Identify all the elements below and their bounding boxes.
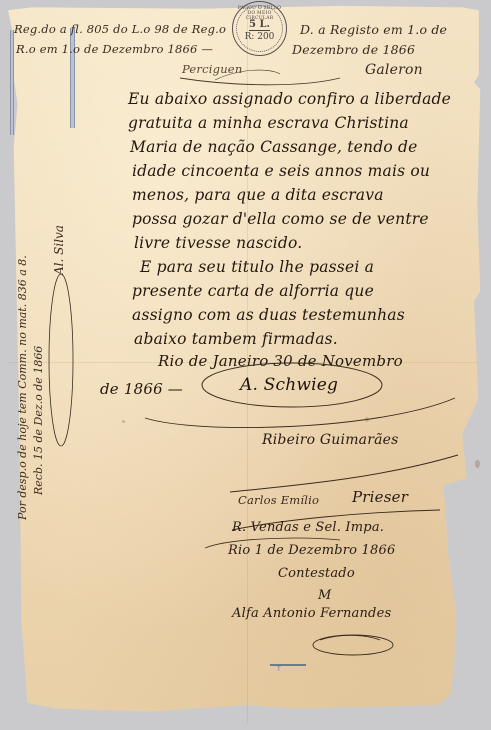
margin-note-line-1: Por desp.o de hoje tem Comm. no mat. 836… bbox=[16, 255, 29, 520]
body-line-5: menos, para que a dita escrava bbox=[132, 186, 384, 204]
body-line-2: gratuita a minha escrava Christina bbox=[128, 114, 409, 132]
registration-line-2: Dezembro de 1866 bbox=[292, 42, 415, 57]
registry-note-line-3: Contestado bbox=[278, 566, 355, 581]
registry-note-line-5: Alfa Antonio Fernandes bbox=[232, 606, 391, 621]
stain bbox=[365, 417, 369, 422]
principal-signature: A. Schwieg bbox=[240, 375, 338, 395]
registry-header-line-2: R.o em 1.o de Dezembro 1866 — bbox=[16, 42, 213, 56]
document-viewer: Reg.do a fl. 805 do L.o 98 de Reg.o R.o … bbox=[0, 0, 491, 730]
registry-note-line-1: R. Vendas e Sel. Impa. bbox=[232, 520, 384, 535]
stain bbox=[475, 460, 480, 468]
bottom-ink-mark bbox=[270, 664, 306, 666]
stain bbox=[122, 420, 125, 423]
body-line-7: livre tivesse nascido. bbox=[134, 234, 302, 252]
registry-header-signature: Perciguen bbox=[182, 62, 242, 76]
margin-note-line-2: Recb. 15 de Dez.o de 1866 bbox=[32, 346, 45, 495]
body-line-3: Maria de nação Cassange, tendo de bbox=[130, 138, 418, 156]
registration-signature: Galeron bbox=[365, 62, 423, 78]
body-line-11: abaixo tambem firmadas. bbox=[134, 330, 338, 348]
body-line-9: presente carta de alforria que bbox=[132, 282, 374, 300]
witness-2-last-name: Prieser bbox=[352, 488, 408, 506]
registry-header-line-1: Reg.do a fl. 805 do L.o 98 de Reg.o bbox=[14, 22, 226, 36]
stamp-circle-text: PAGOU O SELLO DO MEIO CIRCULAR bbox=[233, 6, 286, 21]
body-line-1: Eu abaixo assignado confiro a liberdade bbox=[128, 90, 451, 108]
body-line-10: assigno com as duas testemunhas bbox=[132, 306, 405, 324]
witness-2-first-name: Carlos Emílio bbox=[238, 493, 319, 507]
margin-note-initials: Al. Silva bbox=[52, 225, 66, 275]
registry-note-line-4: M bbox=[318, 588, 332, 603]
body-line-4: idade cincoenta e seis annos mais ou bbox=[132, 162, 430, 180]
dateline-place-date: Rio de Janeiro 30 de Novembro bbox=[158, 352, 403, 370]
dateline-year: de 1866 — bbox=[100, 380, 183, 398]
registration-line-1: D. a Registo em 1.o de bbox=[300, 22, 447, 37]
body-line-6: possa gozar d'ella como se de ventre bbox=[132, 210, 429, 228]
revenue-stamp: PAGOU O SELLO DO MEIO CIRCULAR 5 L. R: 2… bbox=[232, 1, 287, 56]
registry-note-line-2: Rio 1 de Dezembro 1866 bbox=[228, 543, 395, 558]
paper-tear-left bbox=[10, 30, 14, 135]
witness-1-signature: Ribeiro Guimarães bbox=[262, 432, 399, 448]
bottom-mark-label: T bbox=[277, 666, 281, 673]
body-line-8: E para seu titulo lhe passei a bbox=[140, 258, 374, 276]
